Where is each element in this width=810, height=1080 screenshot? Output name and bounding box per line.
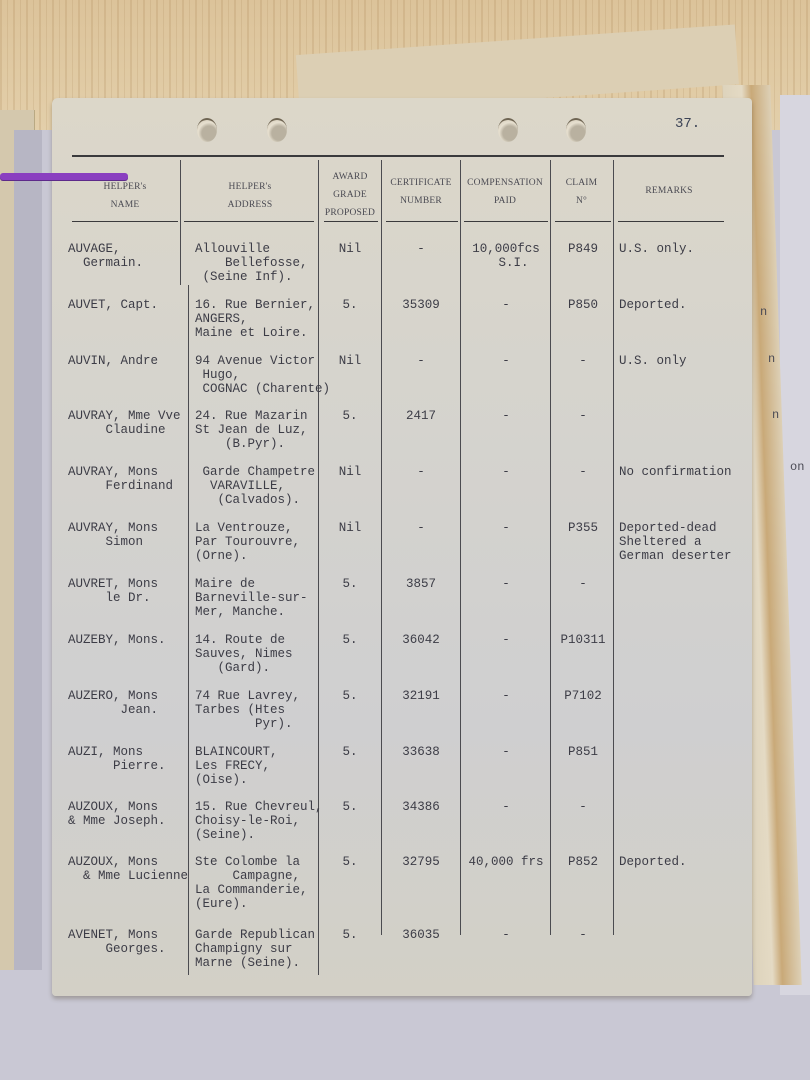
document-page: 37. HELPER's NAME HELPER's ADDRESS AWARD…: [52, 98, 752, 996]
header-line: NUMBER: [382, 192, 460, 210]
claim-number: P850: [550, 298, 616, 312]
header-helper-address: HELPER's ADDRESS: [182, 178, 318, 214]
page-number: 37.: [675, 116, 700, 132]
compensation-paid: -: [460, 800, 552, 814]
remarks: Deported-dead Sheltered a German deserte…: [619, 521, 759, 563]
header-rule: [618, 221, 724, 222]
award-grade: 5.: [318, 745, 382, 759]
margin-letter: n: [768, 352, 775, 366]
certificate-number: -: [382, 465, 460, 479]
certificate-number: 32191: [382, 689, 460, 703]
award-grade: 5.: [318, 409, 382, 423]
header-line: AWARD: [319, 168, 381, 186]
award-grade: 5.: [318, 800, 382, 814]
claim-number: P849: [550, 242, 616, 256]
helper-name: AUVET, Capt.: [68, 298, 188, 312]
claim-number: P852: [550, 855, 616, 869]
header-rule: [386, 221, 458, 222]
punch-hole: [566, 118, 586, 142]
award-grade: 5.: [318, 633, 382, 647]
award-grade: Nil: [318, 354, 382, 368]
remarks: U.S. only: [619, 354, 759, 368]
header-line: ADDRESS: [182, 196, 318, 214]
remarks: No confirmation: [619, 465, 759, 479]
award-grade: 5.: [318, 577, 382, 591]
header-line: PROPOSED: [319, 204, 381, 222]
header-remarks: REMARKS: [614, 182, 724, 200]
margin-letter: on: [790, 460, 804, 474]
column-divider: [188, 285, 189, 975]
certificate-number: 35309: [382, 298, 460, 312]
certificate-number: -: [382, 521, 460, 535]
header-line: CLAIM: [550, 174, 613, 192]
helper-name: AVENET, Mons Georges.: [68, 928, 188, 956]
claim-number: -: [550, 577, 616, 591]
header-compensation-paid: COMPENSATION PAID: [460, 174, 550, 210]
column-divider: [550, 160, 551, 935]
header-line: REMARKS: [614, 182, 724, 200]
certificate-number: -: [382, 242, 460, 256]
award-grade: Nil: [318, 521, 382, 535]
header-certificate-number: CERTIFICATE NUMBER: [382, 174, 460, 210]
helper-name: AUZERO, Mons Jean.: [68, 689, 188, 717]
column-divider: [460, 160, 461, 935]
header-line: CERTIFICATE: [382, 174, 460, 192]
helper-name: AUZI, Mons Pierre.: [68, 745, 188, 773]
compensation-paid: -: [460, 354, 552, 368]
header-line: HELPER's: [72, 178, 178, 196]
compensation-paid: -: [460, 409, 552, 423]
award-grade: Nil: [318, 242, 382, 256]
binding-string: [0, 173, 128, 180]
header-line: PAID: [460, 192, 550, 210]
punch-hole: [267, 118, 287, 142]
claim-number: -: [550, 409, 616, 423]
certificate-number: 2417: [382, 409, 460, 423]
helper-name: AUVRAY, Mons Ferdinand: [68, 465, 188, 493]
claim-number: P7102: [550, 689, 616, 703]
remarks: Deported.: [619, 298, 759, 312]
helper-name: AUVRAY, Mons Simon: [68, 521, 188, 549]
helper-name: AUZOUX, Mons & Mme Lucienne: [68, 855, 188, 883]
award-grade: 5.: [318, 855, 382, 869]
claim-number: P851: [550, 745, 616, 759]
header-line: GRADE: [319, 186, 381, 204]
claim-number: P10311: [550, 633, 616, 647]
margin-letter: n: [772, 408, 779, 422]
certificate-number: 32795: [382, 855, 460, 869]
margin-letter: n: [760, 305, 767, 319]
claim-number: -: [550, 928, 616, 942]
compensation-paid: 10,000fcs S.I.: [460, 242, 552, 270]
claim-number: -: [550, 465, 616, 479]
header-rule: [555, 221, 611, 222]
remarks: Deported.: [619, 855, 759, 869]
helper-name: AUVAGE, Germain.: [68, 242, 188, 270]
column-divider: [381, 160, 382, 935]
claim-number: P355: [550, 521, 616, 535]
top-rule: [72, 155, 724, 157]
header-claim-no: CLAIM N°: [550, 174, 613, 210]
helper-name: AUVRET, Mons le Dr.: [68, 577, 188, 605]
header-line: COMPENSATION: [460, 174, 550, 192]
compensation-paid: -: [460, 745, 552, 759]
award-grade: 5.: [318, 689, 382, 703]
certificate-number: 3857: [382, 577, 460, 591]
certificate-number: 34386: [382, 800, 460, 814]
award-grade: 5.: [318, 928, 382, 942]
header-helper-name: HELPER's NAME: [72, 178, 178, 214]
compensation-paid: -: [460, 465, 552, 479]
award-grade: Nil: [318, 465, 382, 479]
claim-number: -: [550, 354, 616, 368]
helper-name: AUZEBY, Mons.: [68, 633, 188, 647]
compensation-paid: -: [460, 928, 552, 942]
binder-strip: [14, 130, 42, 970]
header-line: N°: [550, 192, 613, 210]
helper-name: AUVRAY, Mme Vve Claudine: [68, 409, 188, 437]
compensation-paid: -: [460, 298, 552, 312]
header-rule: [72, 221, 178, 222]
certificate-number: 36035: [382, 928, 460, 942]
certificate-number: 33638: [382, 745, 460, 759]
punch-hole: [197, 118, 217, 142]
header-rule: [184, 221, 314, 222]
certificate-number: 36042: [382, 633, 460, 647]
header-line: HELPER's: [182, 178, 318, 196]
header-rule: [464, 221, 548, 222]
certificate-number: -: [382, 354, 460, 368]
column-divider: [613, 160, 614, 935]
compensation-paid: -: [460, 633, 552, 647]
header-line: NAME: [72, 196, 178, 214]
compensation-paid: -: [460, 521, 552, 535]
remarks: U.S. only.: [619, 242, 759, 256]
header-award-grade: AWARD GRADE PROPOSED: [319, 168, 381, 222]
compensation-paid: -: [460, 689, 552, 703]
claim-number: -: [550, 800, 616, 814]
helper-name: AUVIN, Andre: [68, 354, 188, 368]
helper-name: AUZOUX, Mons & Mme Joseph.: [68, 800, 188, 828]
punch-hole: [498, 118, 518, 142]
compensation-paid: -: [460, 577, 552, 591]
compensation-paid: 40,000 frs: [460, 855, 552, 869]
award-grade: 5.: [318, 298, 382, 312]
